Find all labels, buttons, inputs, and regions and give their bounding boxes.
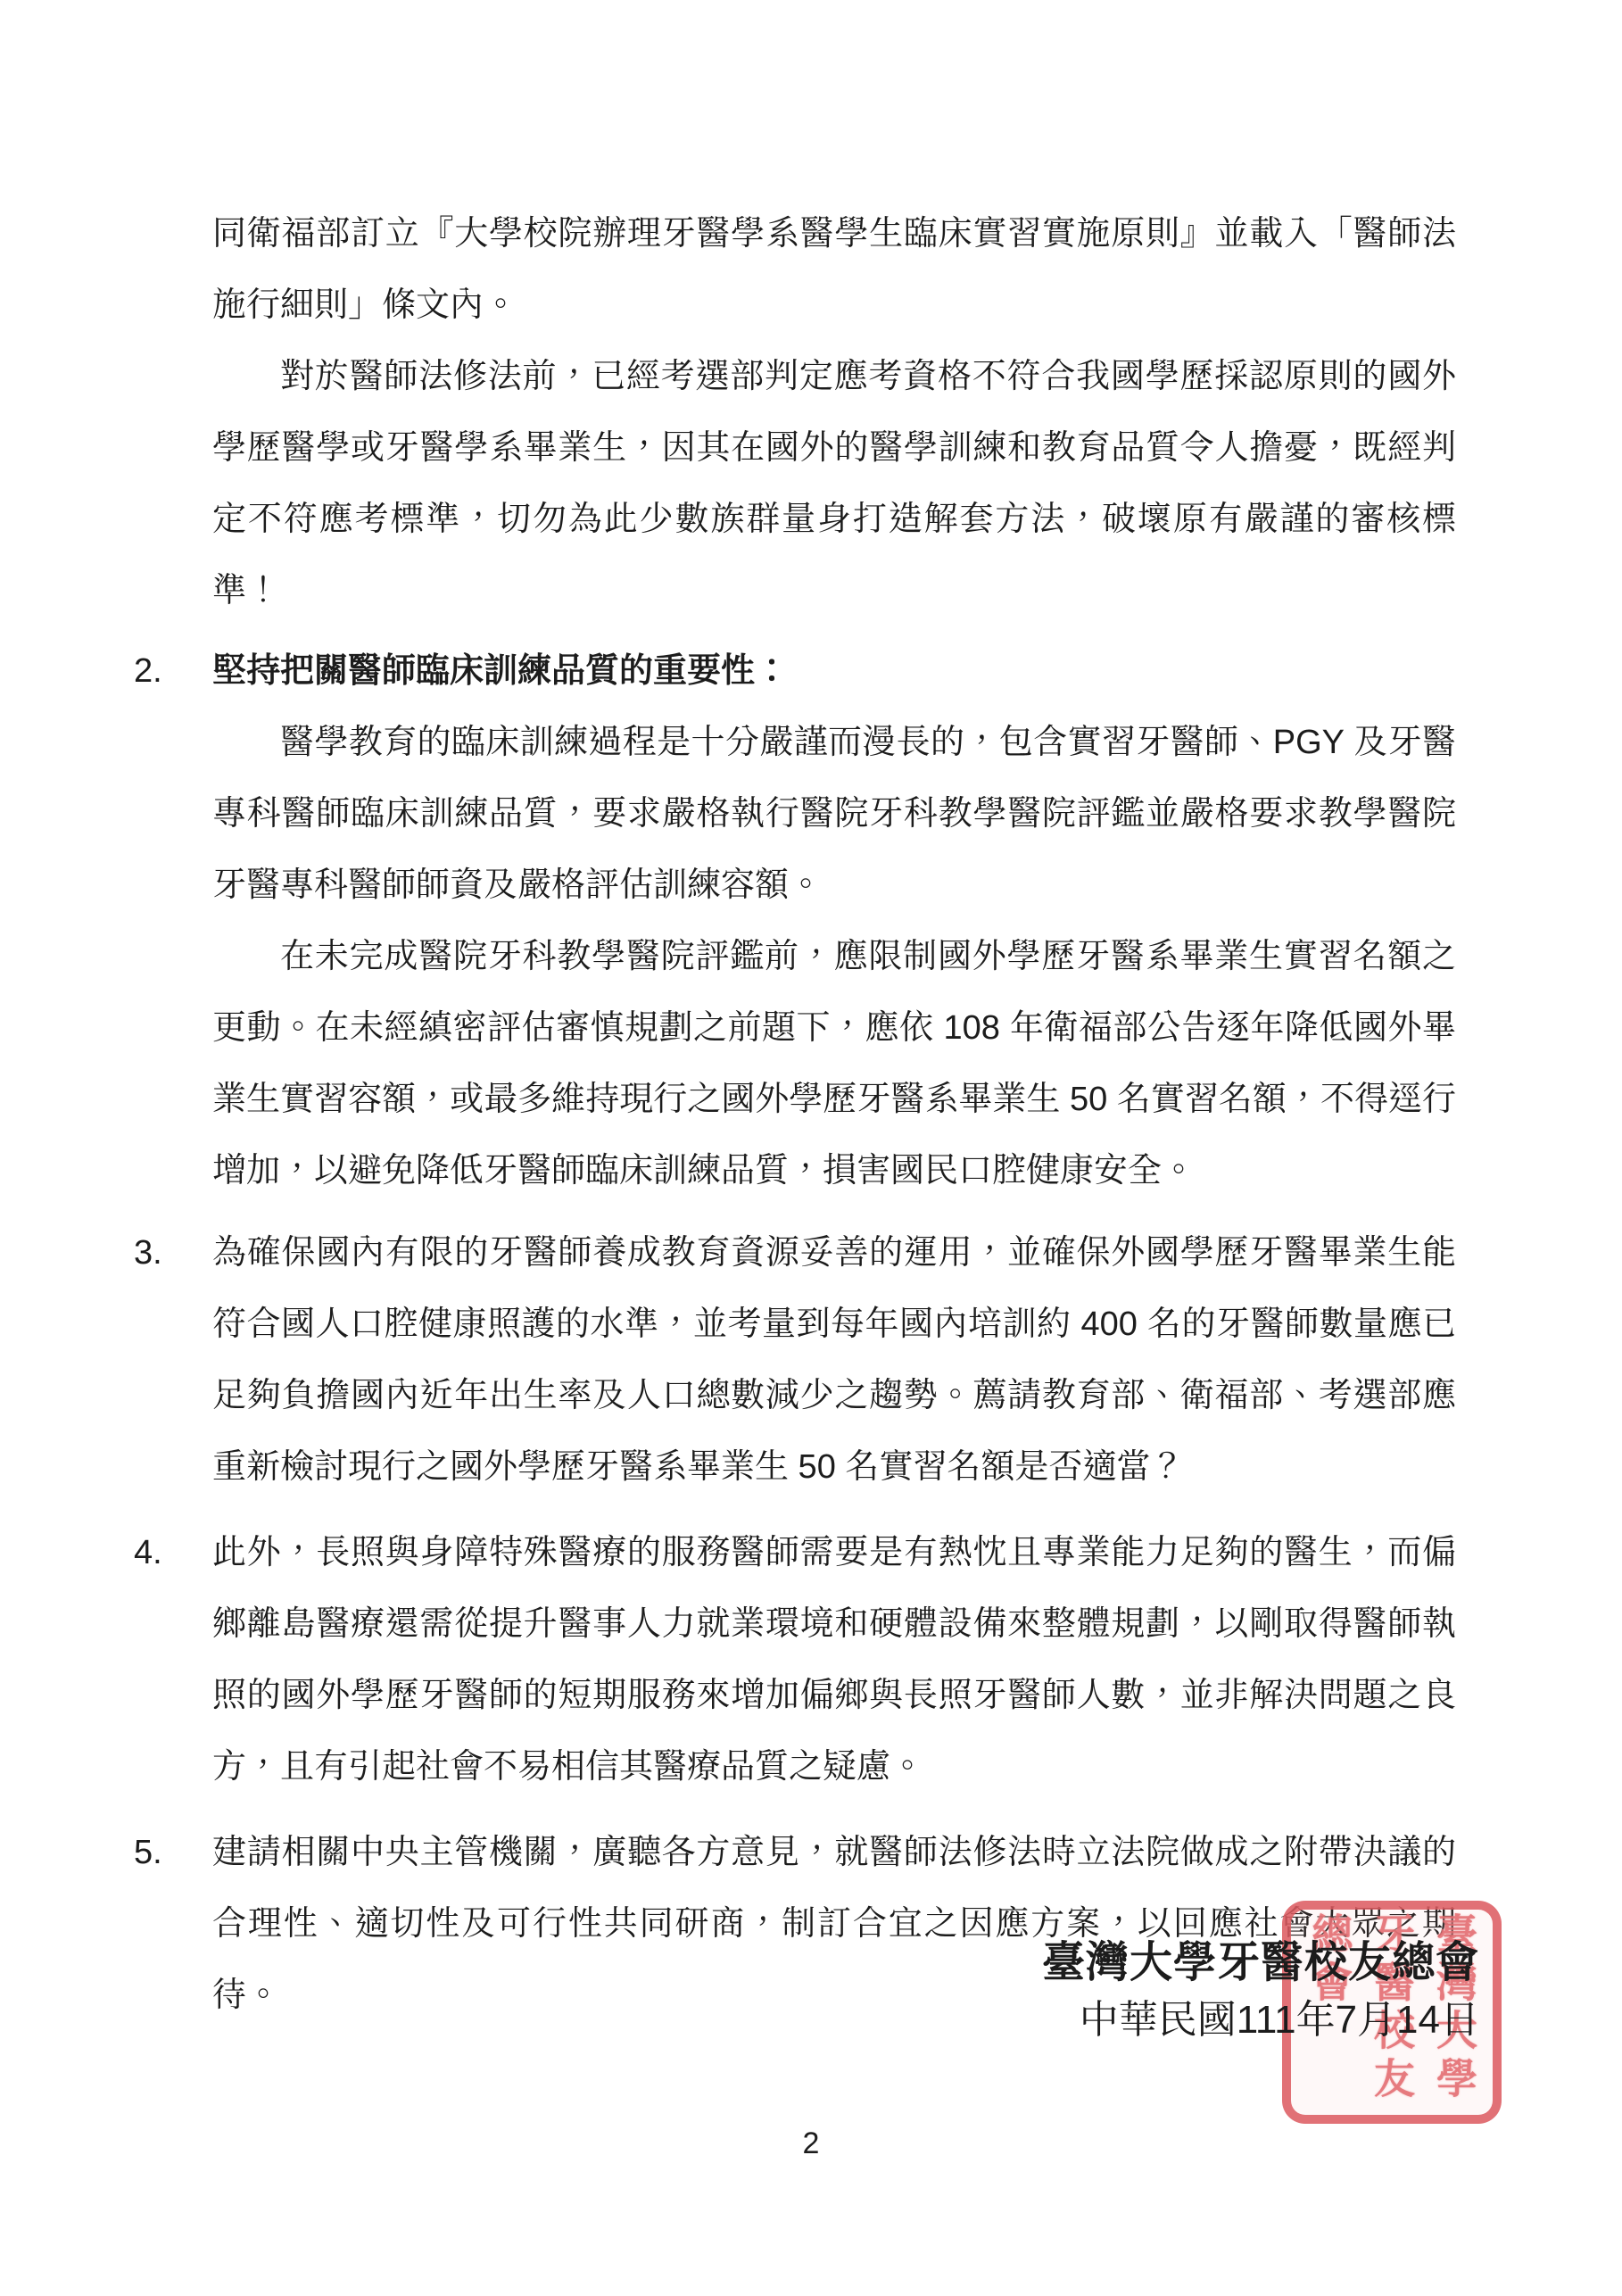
item-3-number: 3. [134,1217,162,1289]
intro-paragraph-2: 對於醫師法修法前，已經考選部判定應考資格不符合我國學歷採認原則的國外學歷醫學或牙… [212,341,1456,626]
signature-block: 臺灣大學牙醫校友總會 中華民國111年7月14日 [1042,1935,1479,2049]
item-4-paragraph: 此外，長照與身障特殊醫療的服務醫師需要是有熱忱且專業能力足夠的醫生，而偏鄉離島醫… [212,1517,1456,1803]
document-body: 同衛福部訂立『大學校院辦理牙醫學系醫學生臨床實習實施原則』並載入「醫師法施行細則… [134,198,1456,2031]
signature-organization: 臺灣大學牙醫校友總會 [1042,1935,1479,1992]
item-5-number: 5. [134,1817,162,1888]
page-number: 2 [0,2126,1622,2161]
item-2-paragraph-2: 在未完成醫院牙科教學醫院評鑑前，應限制國外學歷牙醫系畢業生實習名額之更動。在未經… [212,921,1456,1206]
intro-paragraph-1: 同衛福部訂立『大學校院辦理牙醫學系醫學生臨床實習實施原則』並載入「醫師法施行細則… [212,198,1456,341]
item-4-number: 4. [134,1517,162,1588]
list-item-2: 2. 堅持把關醫師臨床訓練品質的重要性： 醫學教育的臨床訓練過程是十分嚴謹而漫長… [134,635,1456,1206]
document-page: 同衛福部訂立『大學校院辦理牙醫學系醫學生臨床實習實施原則』並載入「醫師法施行細則… [0,0,1622,2296]
item-2-paragraph-1: 醫學教育的臨床訓練過程是十分嚴謹而漫長的，包含實習牙醫師、PGY 及牙醫專科醫師… [212,707,1456,921]
item-2-heading: 堅持把關醫師臨床訓練品質的重要性： [212,635,1456,707]
list-item-4: 4. 此外，長照與身障特殊醫療的服務醫師需要是有熱忱且專業能力足夠的醫生，而偏鄉… [134,1517,1456,1803]
signature-date: 中華民國111年7月14日 [1042,1992,1479,2049]
item-3-paragraph: 為確保國內有限的牙醫師養成教育資源妥善的運用，並確保外國學歷牙醫畢業生能符合國人… [212,1217,1456,1503]
list-item-3: 3. 為確保國內有限的牙醫師養成教育資源妥善的運用，並確保外國學歷牙醫畢業生能符… [134,1217,1456,1503]
item-2-number: 2. [134,635,162,707]
